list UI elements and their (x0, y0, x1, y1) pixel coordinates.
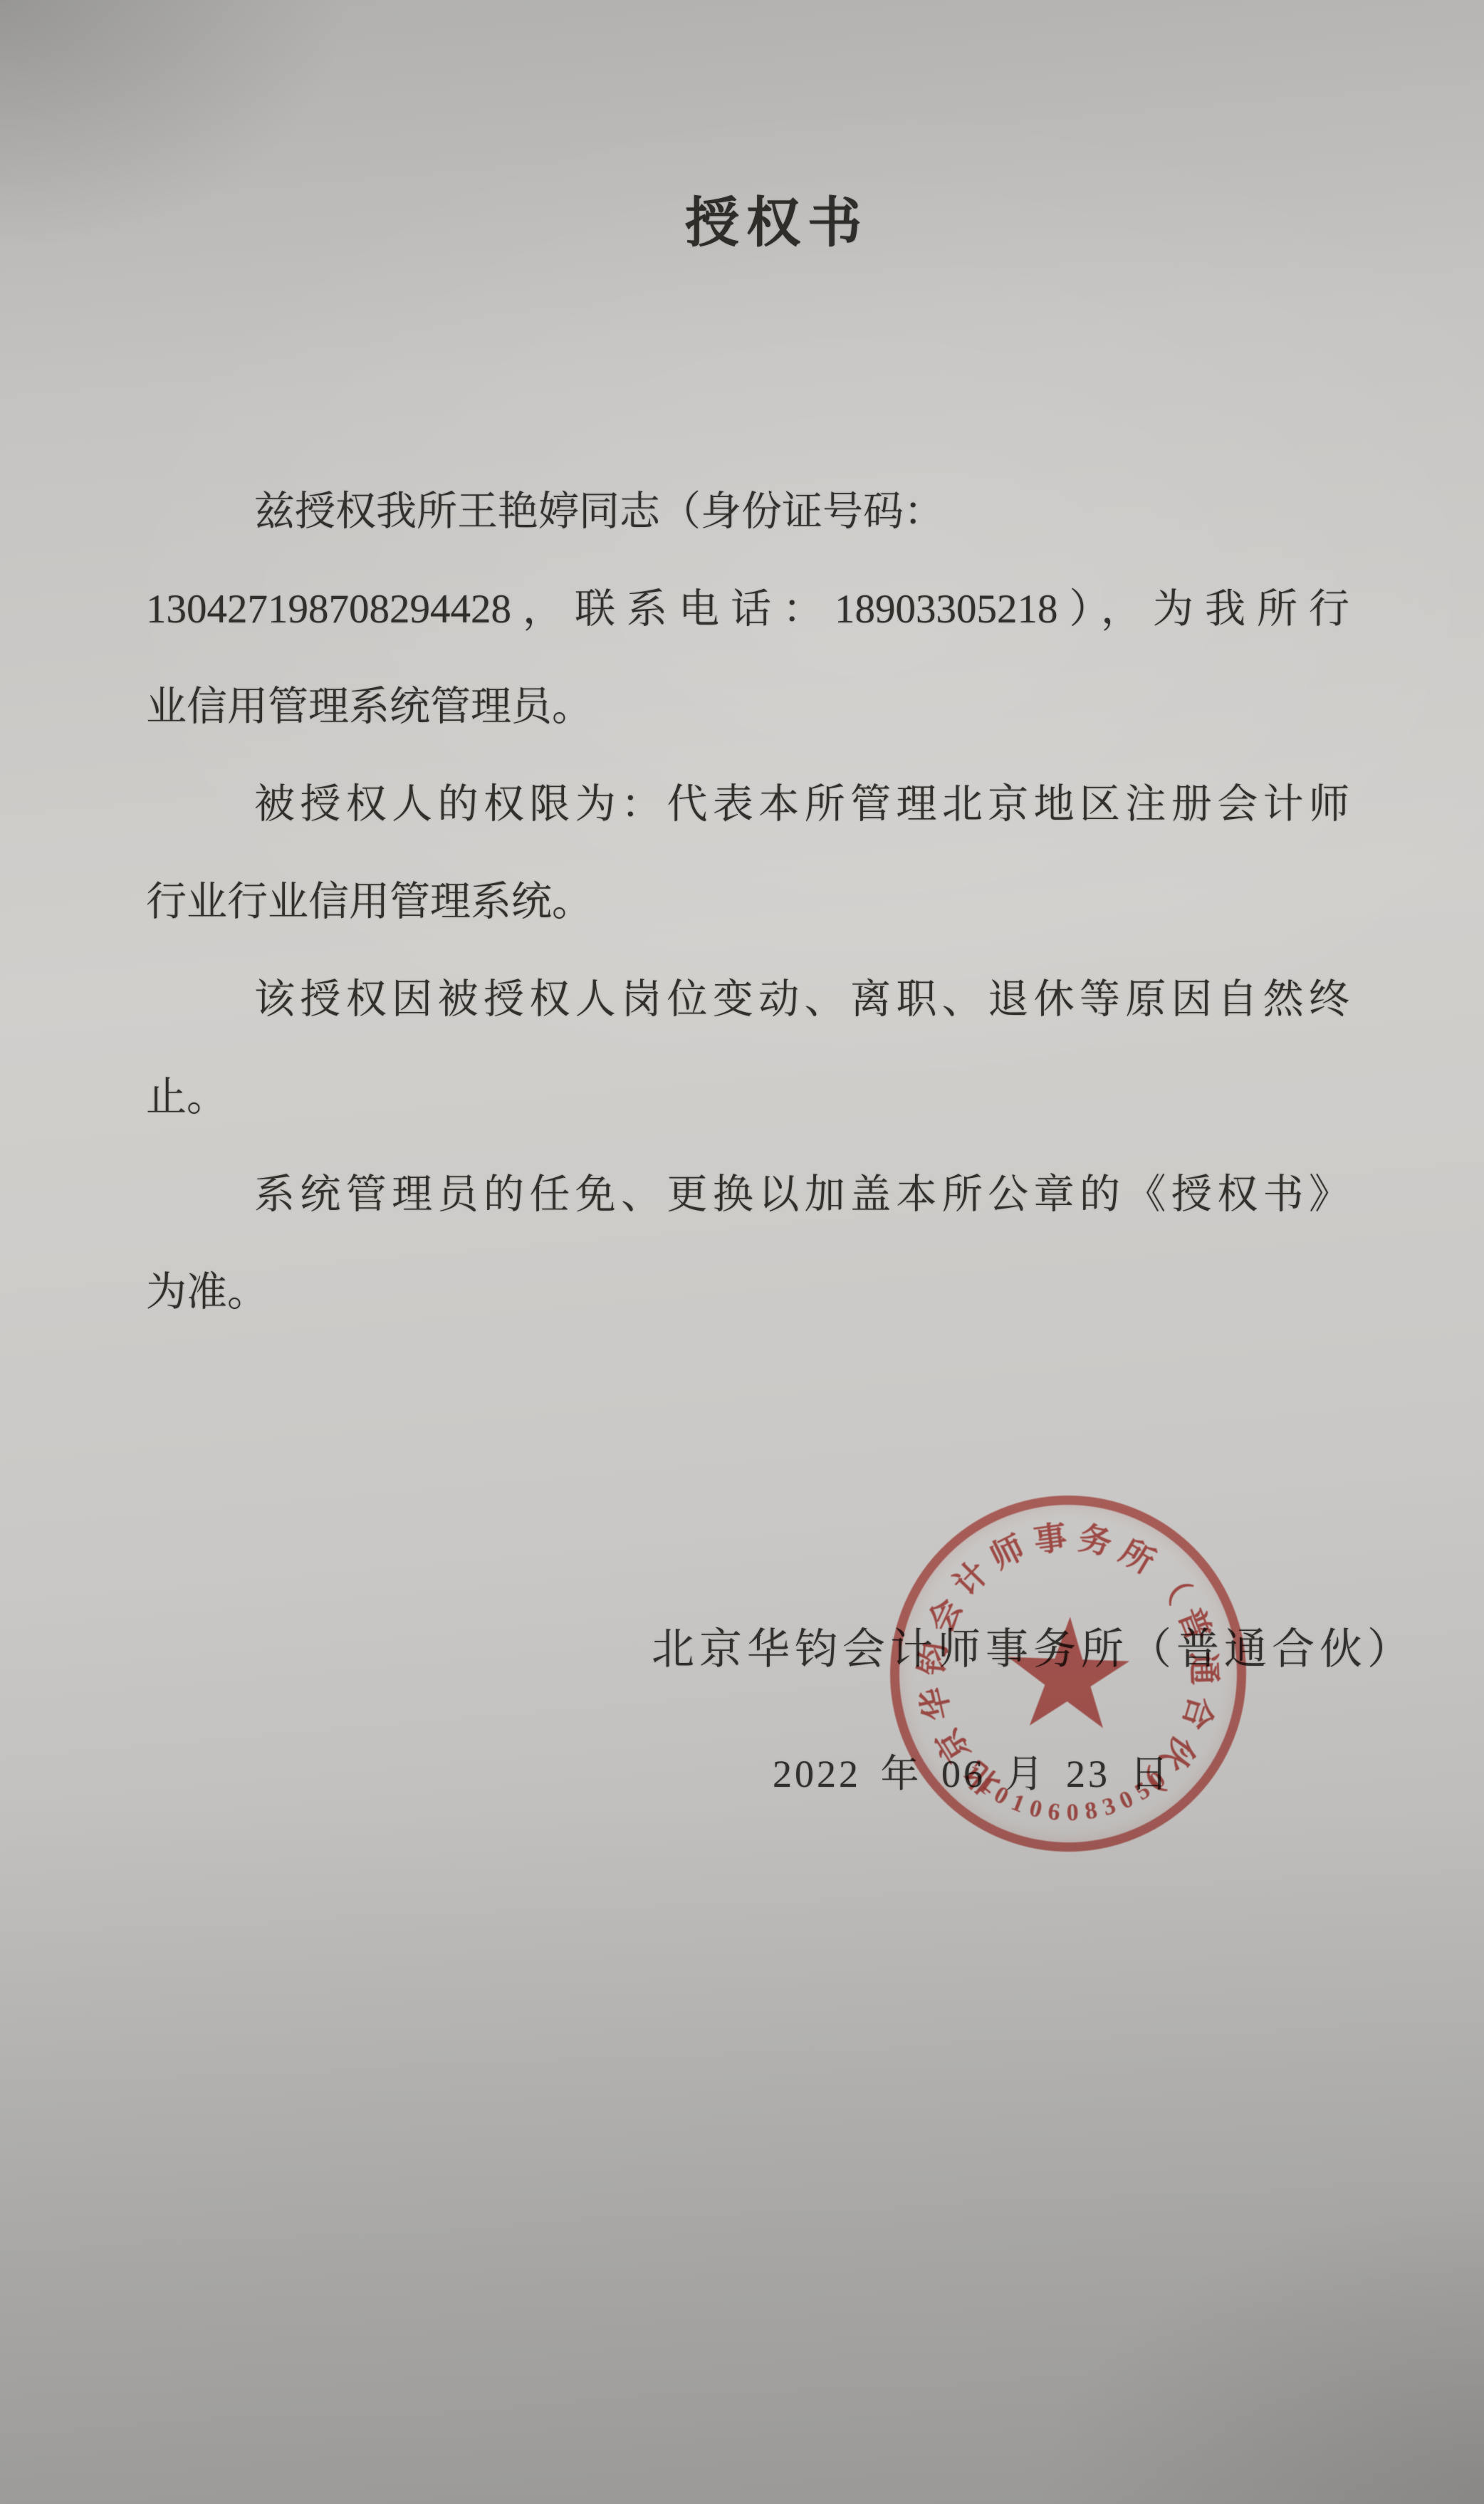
body-line: 行业行业信用管理系统。 (146, 853, 1349, 951)
seal-text-char: 事 (1030, 1518, 1071, 1560)
seal-text-char: 钧 (913, 1639, 953, 1679)
body-line: 该授权因被授权人岗位变动、离职、退休等原因自然终 (146, 951, 1349, 1048)
page-title: 授权书 (685, 179, 869, 257)
body-line: 止。 (146, 1048, 1349, 1146)
body-line: 被授权人的权限为：代表本所管理北京地区注册会计师 (146, 756, 1349, 853)
body-line: 兹授权我所王艳婷同志（身份证号码： (146, 463, 1349, 560)
body-line: 130427198708294428，联系电话：18903305218），为我所… (146, 560, 1349, 658)
body-line: 系统管理员的任免、更换以加盖本所公章的《授权书》 (146, 1146, 1349, 1243)
document-body: 兹授权我所王艳婷同志（身份证号码： 130427198708294428，联系电… (146, 463, 1349, 1341)
official-seal-stamp: 北京华钧会计师事务所（普通合伙） 110106083050 (884, 1489, 1252, 1857)
body-line: 为准。 (146, 1243, 1349, 1341)
seal-text-char: 通 (1184, 1649, 1223, 1688)
seal-text-char: 务 (1073, 1519, 1117, 1563)
authorization-letter-photo: 授权书 兹授权我所王艳婷同志（身份证号码： 130427198708294428… (0, 0, 1484, 2504)
body-line: 业信用管理系统管理员。 (146, 658, 1349, 756)
